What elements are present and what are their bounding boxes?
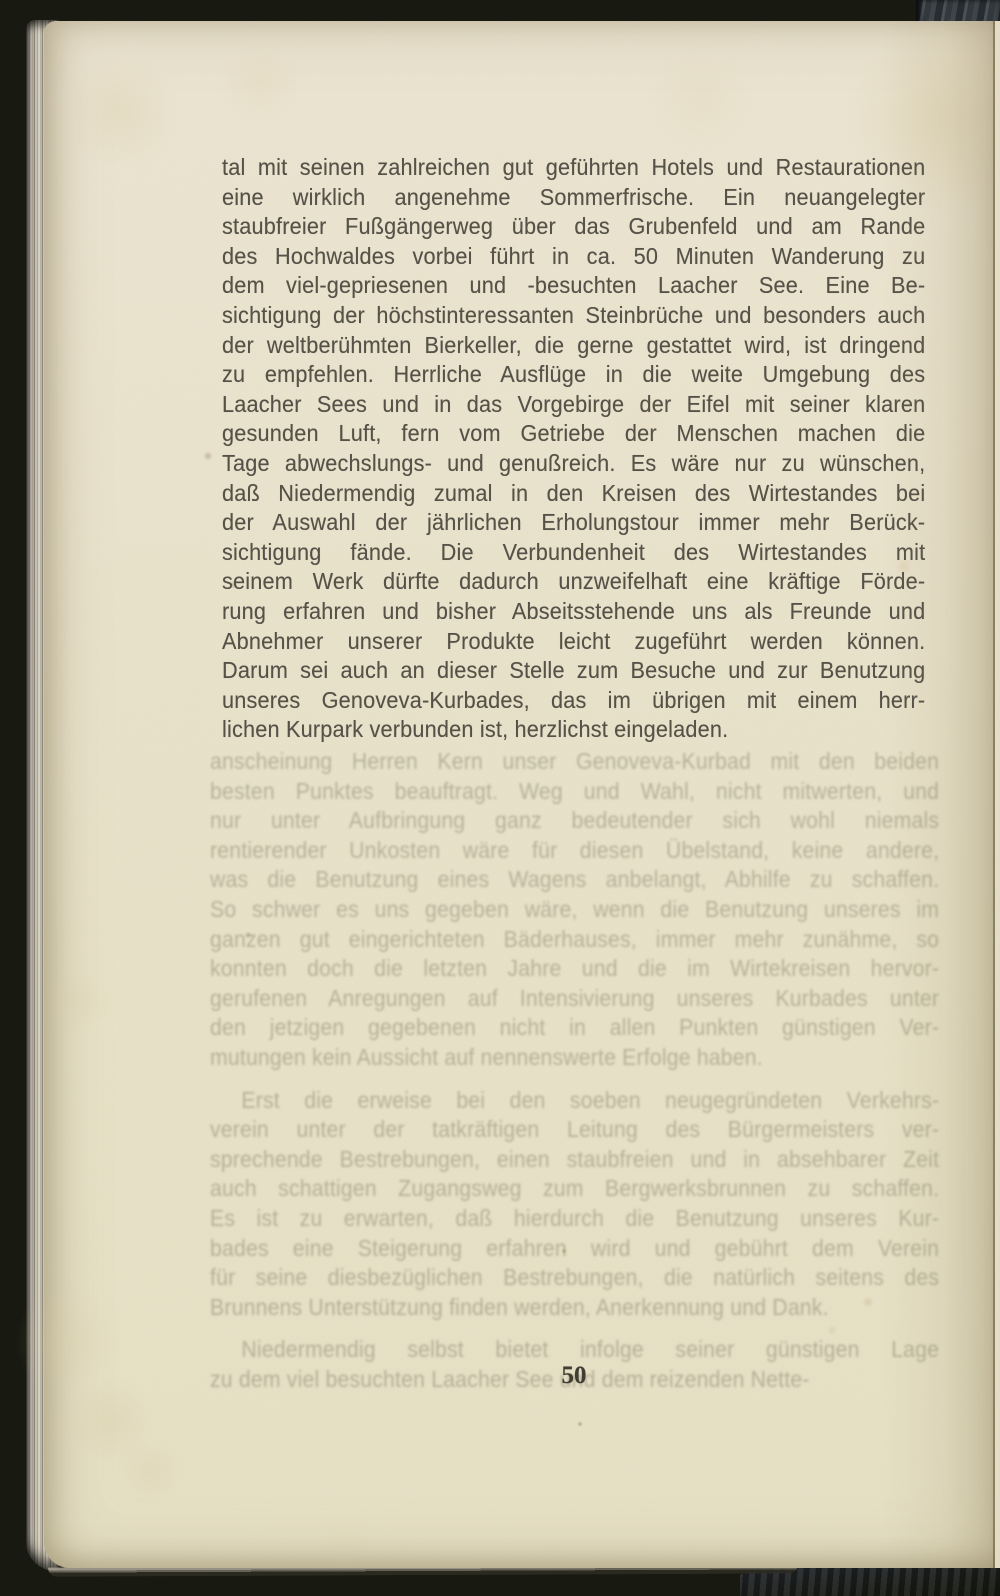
paper-stain (862, 1296, 874, 1308)
bleed-through-line: Es ist zu erwarten, daß hierdurch die Be… (210, 1204, 939, 1234)
paper-stain (60, 51, 180, 171)
text-line: gesunden Luft, fern vom Getriebe der Men… (222, 419, 925, 449)
text-line: seinem Werk dürfte dadurch unzweifelhaft… (222, 567, 925, 597)
text-line: des Hochwaldes vorbei führt in ca. 50 Mi… (222, 242, 925, 272)
paper-stain (218, 39, 302, 123)
text-line: unseres Genoveva-Kurbades, das im übrige… (222, 686, 925, 716)
text-line: sichtigung fände. Die Verbundenheit des … (222, 538, 925, 568)
bleed-through-line: was die Benutzung eines Wagens anbelangt… (210, 865, 939, 895)
bleed-through-line: So schwer es uns gegeben wäre, wenn die … (210, 895, 939, 925)
paper-stain (314, 1511, 374, 1571)
text-line: rung erfahren und bisher Abseitsstehende… (222, 597, 925, 627)
scanned-book-page: anscheinung Herren Kern unser Genoveva-K… (0, 0, 1000, 1596)
bleed-through-block: anscheinung Herren Kern unser Genoveva-K… (210, 747, 939, 1073)
bleed-through-line: mutungen kein Aussicht auf nennenswerte … (210, 1043, 939, 1073)
bleed-through-line: konnten doch die letzten Jahre und die i… (210, 954, 939, 984)
bleed-through-line: Brunnens Unterstützung finden werden, An… (210, 1293, 939, 1323)
text-line: Darum sei auch an dieser Stelle zum Besu… (222, 656, 925, 686)
text-line: lichen Kurpark verbunden ist, herzlichst… (222, 715, 925, 745)
bleed-through-line: den jetzigen gegebenen nicht in allen Pu… (210, 1013, 939, 1043)
book-page: anscheinung Herren Kern unser Genoveva-K… (44, 21, 1000, 1568)
bleed-through-line: bades eine Steigerung erfahren wird und … (210, 1234, 939, 1264)
text-line: Laacher Sees und in das Vorgebirge der E… (222, 390, 925, 420)
paper-stain (645, 41, 755, 151)
bleed-through-line: auch schattigen Zugangsweg zum Bergwerks… (210, 1174, 939, 1204)
paper-stain (244, 931, 252, 939)
page-number: 50 (544, 1362, 604, 1390)
text-line: der weltberühmten Bierkeller, die gerne … (222, 331, 925, 361)
text-line: der Auswahl der jährlichen Erholungstour… (222, 508, 925, 538)
paper-stain (64, 1375, 156, 1467)
paper-stain (827, 1325, 837, 1335)
fore-edge-sliver (995, 21, 1000, 1568)
bleed-through-line: anscheinung Herren Kern unser Genoveva-K… (210, 747, 939, 777)
paper-stain (114, 1435, 186, 1507)
text-line: Abnehmer unserer Produkte leicht zugefüh… (222, 627, 925, 657)
bleed-through-line: Erst die erweise bei den soeben neugegrü… (210, 1086, 939, 1116)
text-line: zu empfehlen. Herrliche Ausflüge in die … (222, 360, 925, 390)
text-line: eine wirklich angenehme Sommerfrische. E… (222, 183, 925, 213)
text-line: sichtigung der höchstinteressanten Stein… (222, 301, 925, 331)
bleed-through-line: verein unter der tatkräftigen Leitung de… (210, 1115, 939, 1145)
paper-stain (48, 969, 112, 1033)
text-line: Tage abwechslungs- und genußreich. Es wä… (222, 449, 925, 479)
bleed-through-block: Erst die erweise bei den soeben neugegrü… (210, 1086, 939, 1323)
bleed-through-line: rentierender Unkosten wäre für diesen Üb… (210, 836, 939, 866)
bleed-through-line: ganzen gut eingerichteten Bäderhauses, i… (210, 925, 939, 955)
paper-stain (561, 1248, 567, 1254)
paper-stain (203, 451, 213, 461)
body-text: tal mit seinen zahlreichen gut geführten… (222, 153, 925, 745)
bleed-through-line: sprechende Bestrebungen, einen staubfrei… (210, 1145, 939, 1175)
bleed-through-line: für seine diesbezüglichen Bestrebungen, … (210, 1263, 939, 1293)
bleed-through-text: anscheinung Herren Kern unser Genoveva-K… (210, 747, 939, 1394)
text-line: tal mit seinen zahlreichen gut geführten… (222, 153, 925, 183)
bleed-through-line: gerufenen Anregungen auf Intensivierung … (210, 984, 939, 1014)
text-line: staubfreier Fußgängerweg über das Gruben… (222, 212, 925, 242)
bleed-through-line: besten Punktes beauftragt. Weg und Wahl,… (210, 777, 939, 807)
bleed-through-line: nur unter Aufbringung ganz bedeutender s… (210, 806, 939, 836)
bleed-through-line: Niedermendig selbst bietet infolge seine… (210, 1335, 939, 1365)
paper-stain (577, 1421, 583, 1427)
text-line: dem viel-gepriesenen und -besuchten Laac… (222, 271, 925, 301)
text-line: daß Niedermendig zumal in den Kreisen de… (222, 479, 925, 509)
